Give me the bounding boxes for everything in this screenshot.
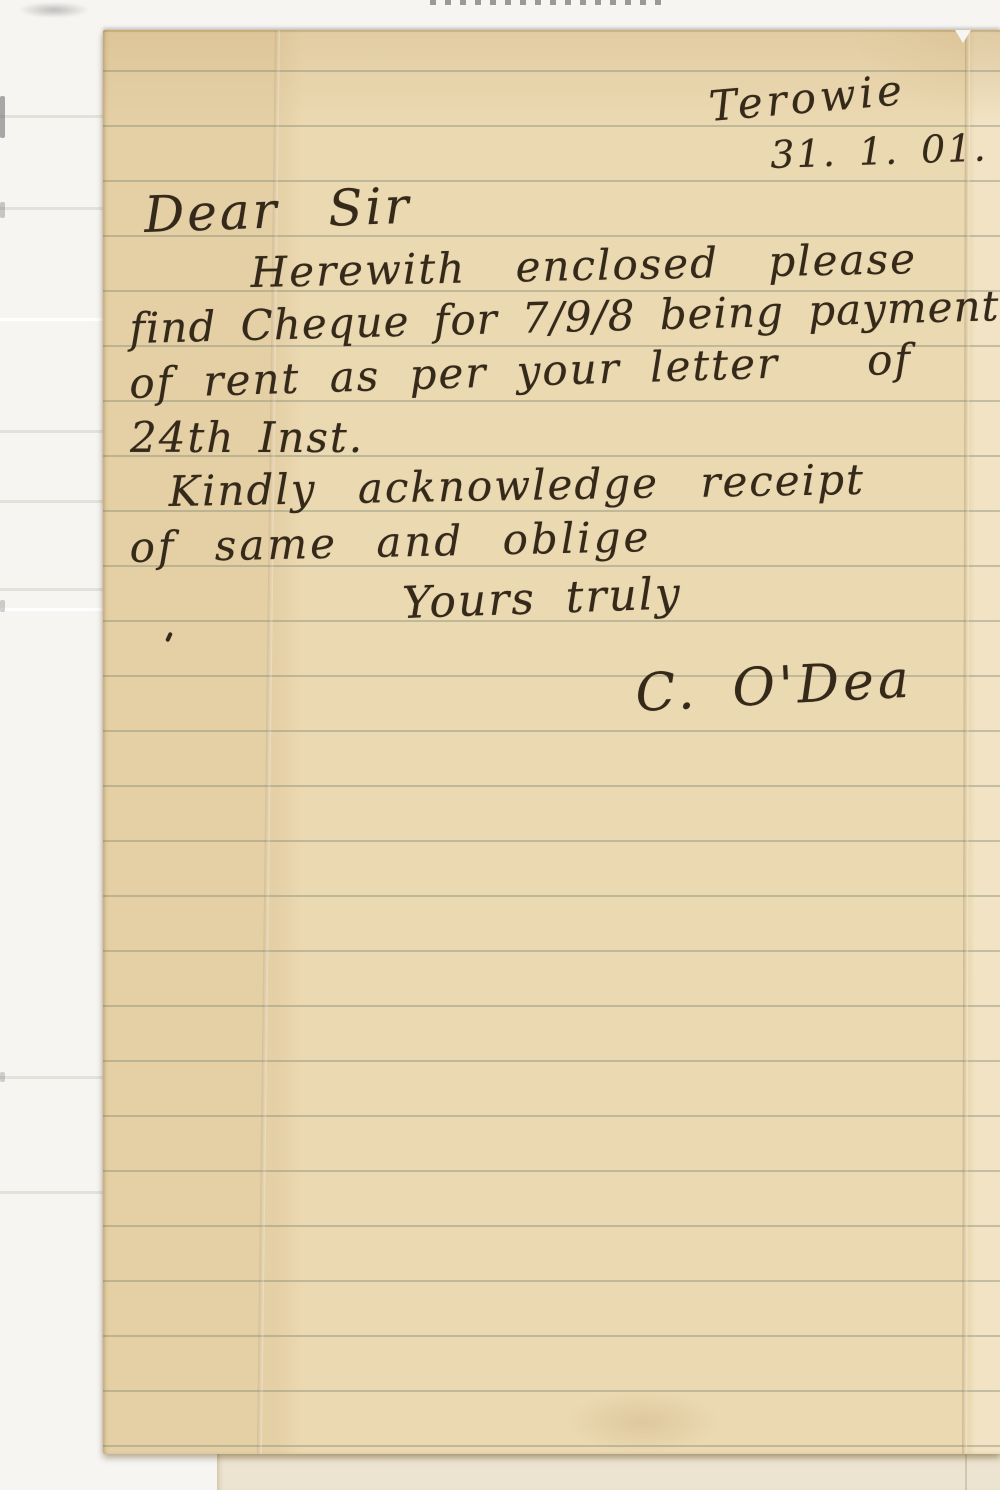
underlay-fold-line xyxy=(965,1452,967,1490)
letter-signature: C. O'Dea xyxy=(634,654,914,720)
letter-paper: Terowie 31. 1. 01. Dear Sir Herewith enc… xyxy=(103,30,1000,1454)
letter-date: 31. 1. 01. xyxy=(770,128,988,174)
scanner-edge-mark xyxy=(0,96,5,138)
scanner-streak xyxy=(0,115,103,118)
letter-body-line: Kindly acknowledge receipt xyxy=(168,459,865,513)
paper-edge-notch xyxy=(955,30,971,43)
scanner-edge-mark xyxy=(0,202,5,218)
scanner-streak xyxy=(0,207,103,210)
letter-body-line: 24th Inst. xyxy=(130,417,364,459)
scanner-edge-mark xyxy=(0,1072,5,1082)
scanner-edge-mark xyxy=(0,600,5,612)
fold-crease-left xyxy=(257,30,280,1454)
letter-place: Terowie xyxy=(707,69,907,128)
letter-body-line: of same and oblige xyxy=(129,516,652,569)
fold-crease-right xyxy=(962,30,970,1454)
scanner-speckle-strip xyxy=(430,0,665,5)
letter-closing: Yours truly xyxy=(401,572,682,626)
letter-salutation: Dear Sir xyxy=(143,181,412,240)
scanner-streak xyxy=(0,608,103,611)
underlying-page-edge xyxy=(217,1452,1000,1490)
scanner-streak xyxy=(0,318,103,321)
scanner-streak xyxy=(0,500,103,503)
scanner-blotch xyxy=(18,2,90,18)
scanner-streak xyxy=(0,1191,103,1194)
scanner-streak xyxy=(0,430,103,433)
stray-ink-mark xyxy=(165,632,173,643)
scanner-streak xyxy=(0,588,103,591)
scanner-streak xyxy=(0,1076,103,1079)
